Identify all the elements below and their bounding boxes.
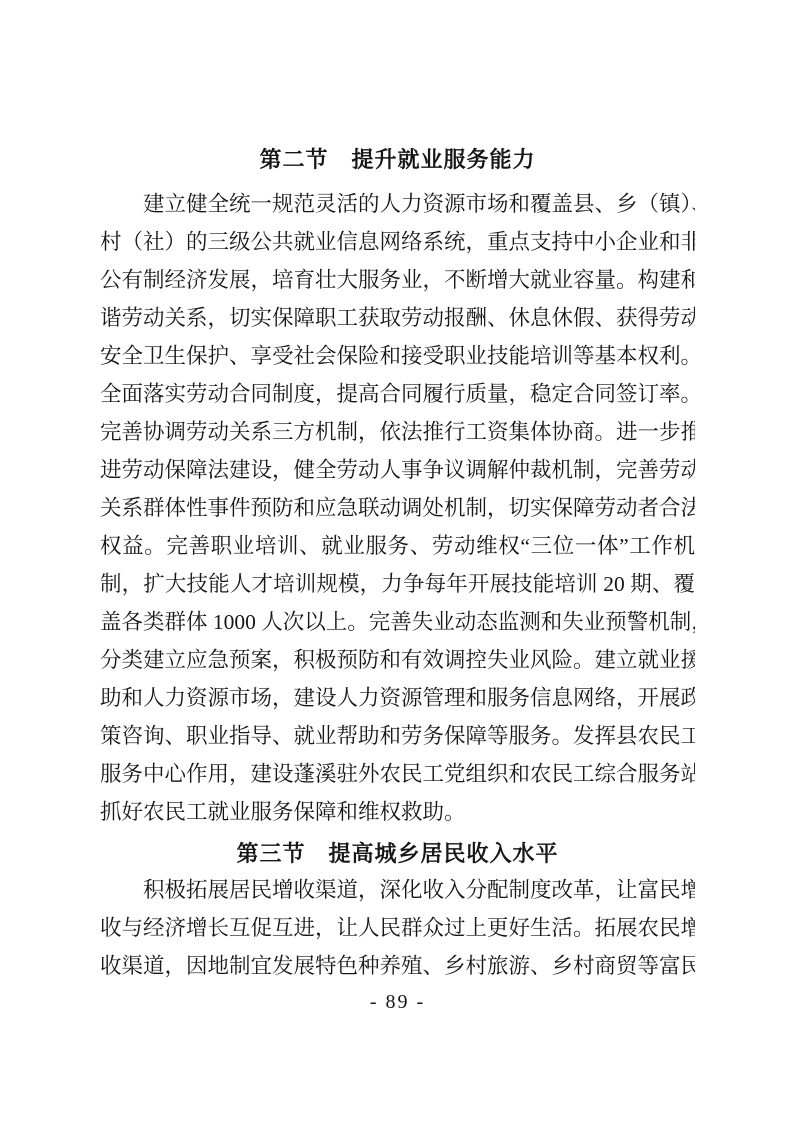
text-line: 服务中心作用，建设蓬溪驻外农民工党组织和农民工综合服务站， [100,755,695,793]
text-line: 制，扩大技能人才培训规模，力争每年开展技能培训 20 期、覆 [100,565,695,603]
text-line: 权益。完善职业培训、就业服务、劳动维权“三位一体”工作机 [100,527,695,565]
section-heading-2: 第二节 提升就业服务能力 [100,145,695,175]
section-2-paragraph: 建立健全统一规范灵活的人力资源市场和覆盖县、乡（镇）、 村（社）的三级公共就业信… [100,185,695,831]
text-line: 建立健全统一规范灵活的人力资源市场和覆盖县、乡（镇）、 [100,185,695,223]
text-line: 谐劳动关系，切实保障职工获取劳动报酬、休息休假、获得劳动 [100,299,695,337]
text-line: 盖各类群体 1000 人次以上。完善失业动态监测和失业预警机制， [100,603,695,641]
document-page: 第二节 提升就业服务能力 建立健全统一规范灵活的人力资源市场和覆盖县、乡（镇）、… [0,0,793,1122]
text-line: 策咨询、职业指导、就业帮助和劳务保障等服务。发挥县农民工 [100,717,695,755]
text-line: 公有制经济发展，培育壮大服务业，不断增大就业容量。构建和 [100,261,695,299]
text-line: 积极拓展居民增收渠道，深化收入分配制度改革，让富民增 [100,871,695,909]
text-line: 助和人力资源市场，建设人力资源管理和服务信息网络，开展政 [100,679,695,717]
page-number: - 89 - [100,987,695,1017]
text-line: 全面落实劳动合同制度，提高合同履行质量，稳定合同签订率。 [100,375,695,413]
text-line: 村（社）的三级公共就业信息网络系统，重点支持中小企业和非 [100,223,695,261]
text-line: 分类建立应急预案，积极预防和有效调控失业风险。建立就业援 [100,641,695,679]
text-line: 进劳动保障法建设，健全劳动人事争议调解仲裁机制，完善劳动 [100,451,695,489]
text-line: 抓好农民工就业服务保障和维权救助。 [100,793,695,831]
text-line: 安全卫生保护、享受社会保险和接受职业技能培训等基本权利。 [100,337,695,375]
text-line: 收渠道，因地制宜发展特色种养殖、乡村旅游、乡村商贸等富民 [100,947,695,985]
section-heading-3: 第三节 提高城乡居民收入水平 [100,839,695,869]
text-line: 收与经济增长互促互进，让人民群众过上更好生活。拓展农民增 [100,909,695,947]
text-line: 完善协调劳动关系三方机制，依法推行工资集体协商。进一步推 [100,413,695,451]
section-3-paragraph: 积极拓展居民增收渠道，深化收入分配制度改革，让富民增 收与经济增长互促互进，让人… [100,871,695,985]
text-line: 关系群体性事件预防和应急联动调处机制，切实保障劳动者合法 [100,489,695,527]
